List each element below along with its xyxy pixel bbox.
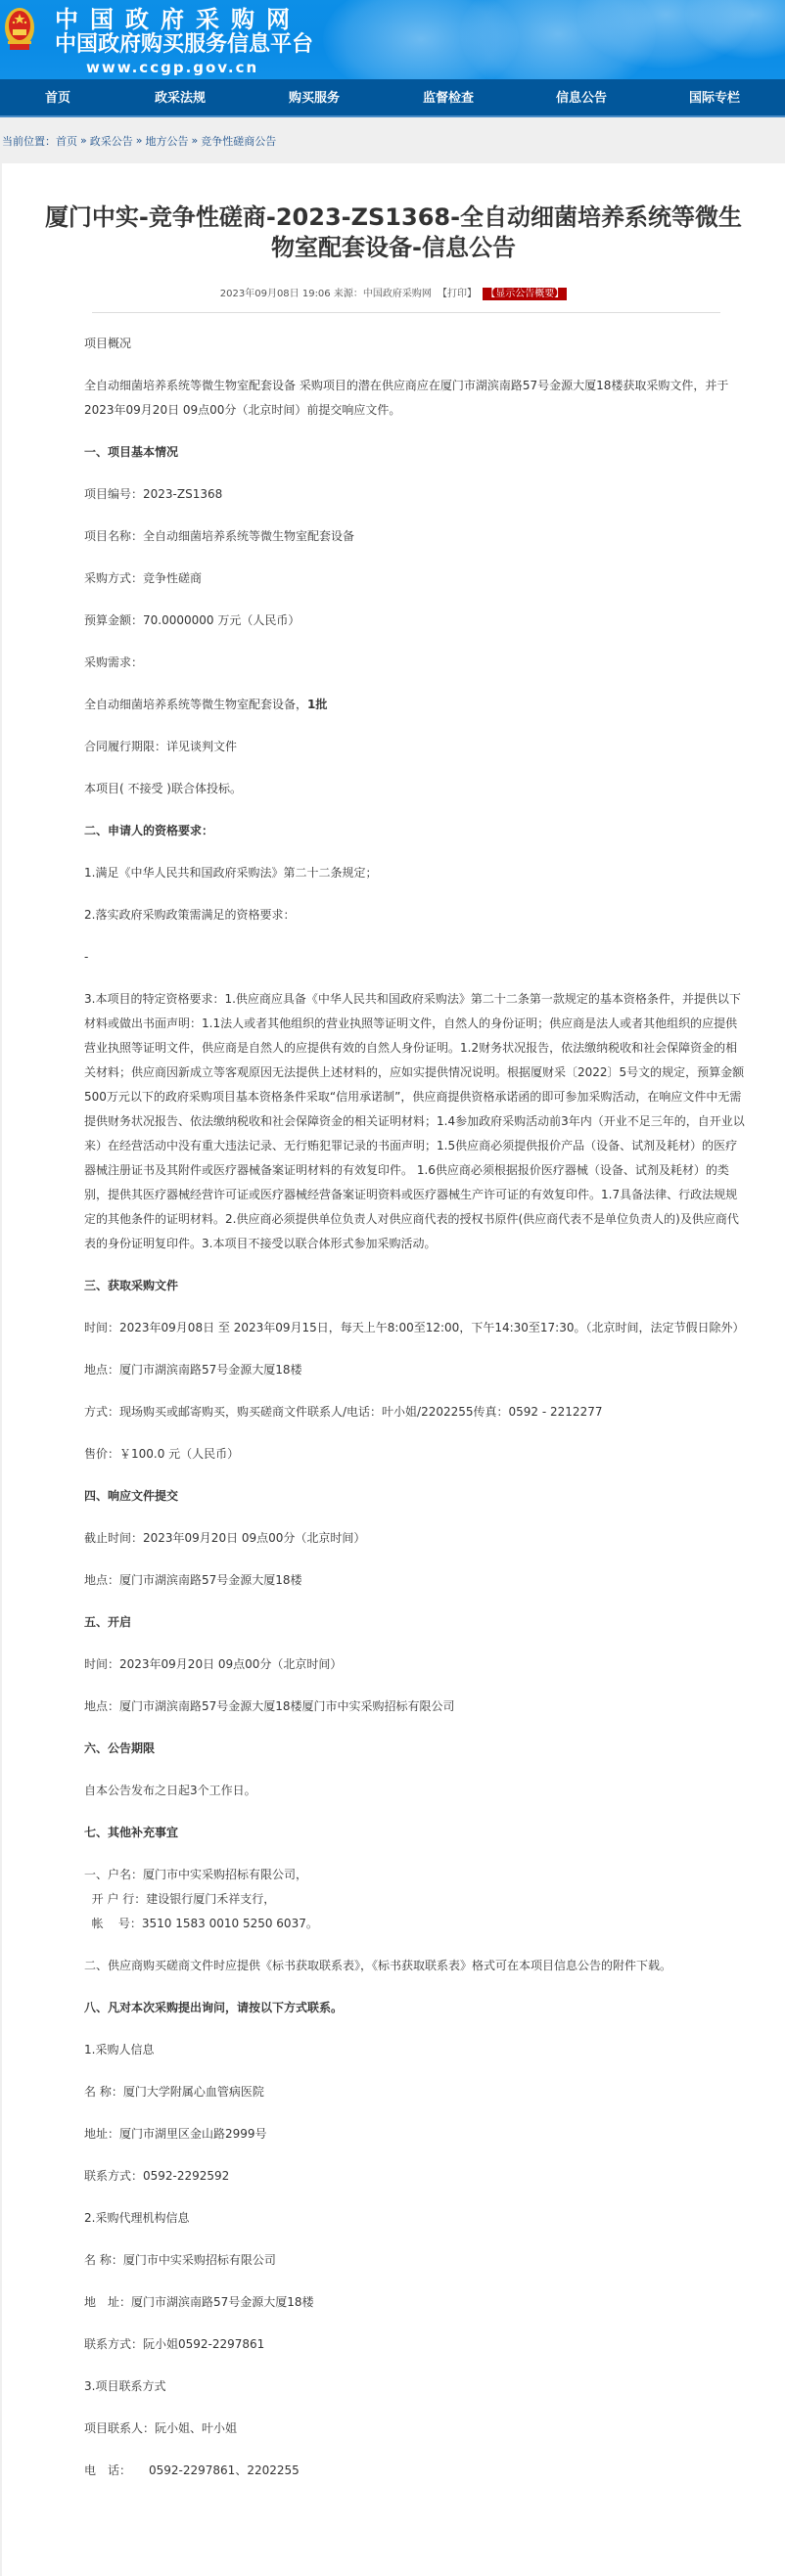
site-subtitle: 中国政府购买服务信息平台 bbox=[55, 33, 313, 57]
buyer-name: 名 称：厦门大学附属心血管病医院 bbox=[84, 2080, 746, 2104]
site-url: www.ccgp.gov.cn bbox=[86, 57, 313, 78]
submission-deadline: 截止时间：2023年09月20日 09点00分（北京时间） bbox=[84, 1526, 746, 1551]
project-number: 项目编号：2023-ZS1368 bbox=[84, 482, 746, 507]
agency-info-heading: 2.采购代理机构信息 bbox=[84, 2206, 746, 2231]
budget-amount: 预算金额：70.0000000 万元（人民币） bbox=[84, 609, 746, 633]
main-nav: 首页 政采法规 购买服务 监督检查 信息公告 国际专栏 bbox=[0, 79, 785, 117]
source-label: 来源： bbox=[334, 289, 363, 299]
breadcrumb-link-competitive-negotiation[interactable]: 竞争性磋商公告 bbox=[201, 133, 276, 149]
buyer-address: 地址：厦门市湖里区金山路2999号 bbox=[84, 2122, 746, 2147]
article-meta: 2023年09月08日 19:06 来源：中国政府采购网 【打印】 【显示公告概… bbox=[2, 285, 785, 299]
breadcrumb-separator: » bbox=[191, 134, 198, 147]
project-contacts: 项目联系人：阮小姐、叶小姐 bbox=[84, 2417, 746, 2441]
account-number: 帐 号：3510 1583 0010 5250 6037。 bbox=[84, 1912, 746, 1936]
overview-heading: 项目概况 bbox=[84, 332, 746, 356]
show-summary-button[interactable]: 【显示公告概要】 bbox=[483, 288, 567, 300]
nav-item-supervision[interactable]: 监督检查 bbox=[423, 79, 474, 117]
breadcrumb-link-procurement-announcements[interactable]: 政采公告 bbox=[90, 133, 133, 149]
section-8-heading: 八、凡对本次采购提出询问，请按以下方式联系。 bbox=[84, 1996, 746, 2020]
site-name: 中国政府采购网 bbox=[55, 6, 313, 33]
requirement-1: 1.满足《中华人民共和国政府采购法》第二十二条规定； bbox=[84, 861, 746, 885]
national-emblem-icon bbox=[4, 6, 35, 55]
project-name: 项目名称：全自动细菌培养系统等微生物室配套设备 bbox=[84, 524, 746, 549]
section-2-heading: 二、申请人的资格要求： bbox=[84, 819, 746, 843]
agency-address: 地 址：厦门市湖滨南路57号金源大厦18楼 bbox=[84, 2290, 746, 2315]
nav-item-home[interactable]: 首页 bbox=[45, 79, 70, 117]
nav-item-international[interactable]: 国际专栏 bbox=[689, 79, 740, 117]
project-phone: 电 话： 0592-2297861、2202255 bbox=[84, 2459, 746, 2483]
nav-item-purchase-services[interactable]: 购买服务 bbox=[289, 79, 340, 117]
project-contact-heading: 3.项目联系方式 bbox=[84, 2374, 746, 2399]
document-price: 售价：￥100.0 元（人民币） bbox=[84, 1442, 746, 1467]
account-name: 一、户名：厦门市中实采购招标有限公司， bbox=[84, 1863, 746, 1887]
print-link[interactable]: 【打印】 bbox=[438, 289, 477, 299]
breadcrumb-link-local-announcements[interactable]: 地方公告 bbox=[145, 133, 188, 149]
article-body: 项目概况 全自动细菌培养系统等微生物室配套设备 采购项目的潜在供应商应在厦门市湖… bbox=[2, 313, 785, 2483]
agency-contact: 联系方式：阮小姐0592-2297861 bbox=[84, 2332, 746, 2357]
article-panel: 厦门中实-竞争性磋商-2023-ZS1368-全自动细菌培养系统等微生物室配套设… bbox=[2, 163, 785, 2576]
site-header-banner: 中国政府采购网 中国政府购买服务信息平台 www.ccgp.gov.cn bbox=[0, 0, 785, 79]
section-5-heading: 五、开启 bbox=[84, 1610, 746, 1635]
procurement-method: 采购方式：竞争性磋商 bbox=[84, 566, 746, 591]
document-obtain-method: 方式：现场购买或邮寄购买，购买磋商文件联系人/电话：叶小姐/2202255传真：… bbox=[84, 1400, 746, 1424]
requirement-2-value: - bbox=[84, 945, 746, 970]
breadcrumb-separator: » bbox=[136, 134, 143, 147]
demand-item: 全自动细菌培养系统等微生物室配套设备，1批 bbox=[84, 693, 746, 717]
announcement-period: 自本公告发布之日起3个工作日。 bbox=[84, 1779, 746, 1803]
site-logo[interactable]: 中国政府采购网 中国政府购买服务信息平台 www.ccgp.gov.cn bbox=[55, 6, 313, 78]
requirement-3: 3.本项目的特定资格要求：1.供应商应具备《中华人民共和国政府采购法》第二十二条… bbox=[84, 987, 746, 1256]
document-obtain-time: 时间：2023年09月08日 至 2023年09月15日，每天上午8:00至12… bbox=[84, 1316, 746, 1340]
section-3-heading: 三、获取采购文件 bbox=[84, 1274, 746, 1298]
breadcrumb-link-home[interactable]: 首页 bbox=[56, 133, 77, 149]
breadcrumb: 当前位置： 首页 » 政采公告 » 地方公告 » 竞争性磋商公告 bbox=[0, 117, 785, 163]
consortium-note: 本项目( 不接受 )联合体投标。 bbox=[84, 777, 746, 801]
supplementary-note-2: 二、供应商购买磋商文件时应提供《标书获取联系表》，《标书获取联系表》格式可在本项… bbox=[84, 1954, 746, 1978]
article-title: 厦门中实-竞争性磋商-2023-ZS1368-全自动细菌培养系统等微生物室配套设… bbox=[41, 203, 746, 263]
section-7-heading: 七、其他补充事宜 bbox=[84, 1821, 746, 1845]
submission-place: 地点：厦门市湖滨南路57号金源大厦18楼 bbox=[84, 1568, 746, 1593]
overview-text: 全自动细菌培养系统等微生物室配套设备 采购项目的潜在供应商应在厦门市湖滨南路57… bbox=[84, 374, 746, 423]
demand-quantity: 1批 bbox=[307, 698, 327, 711]
account-bank: 开 户 行：建设银行厦门禾祥支行， bbox=[84, 1887, 746, 1912]
requirement-2: 2.落实政府采购政策需满足的资格要求： bbox=[84, 903, 746, 927]
section-1-heading: 一、项目基本情况 bbox=[84, 440, 746, 465]
contract-period: 合同履行期限：详见谈判文件 bbox=[84, 735, 746, 759]
section-4-heading: 四、响应文件提交 bbox=[84, 1484, 746, 1509]
section-6-heading: 六、公告期限 bbox=[84, 1737, 746, 1761]
nav-item-policies[interactable]: 政采法规 bbox=[155, 79, 206, 117]
demand-label: 采购需求： bbox=[84, 651, 746, 675]
breadcrumb-prefix: 当前位置： bbox=[2, 133, 56, 149]
publish-datetime: 2023年09月08日 19:06 bbox=[220, 289, 331, 299]
opening-place: 地点：厦门市湖滨南路57号金源大厦18楼厦门市中实采购招标有限公司 bbox=[84, 1695, 746, 1719]
document-obtain-place: 地点：厦门市湖滨南路57号金源大厦18楼 bbox=[84, 1358, 746, 1382]
buyer-contact: 联系方式：0592-2292592 bbox=[84, 2164, 746, 2189]
buyer-info-heading: 1.采购人信息 bbox=[84, 2038, 746, 2062]
agency-name: 名 称：厦门市中实采购招标有限公司 bbox=[84, 2248, 746, 2273]
nav-item-announcements[interactable]: 信息公告 bbox=[556, 79, 607, 117]
demand-item-name: 全自动细菌培养系统等微生物室配套设备， bbox=[84, 698, 307, 711]
opening-time: 时间：2023年09月20日 09点00分（北京时间） bbox=[84, 1652, 746, 1677]
source-name: 中国政府采购网 bbox=[363, 289, 432, 299]
breadcrumb-separator: » bbox=[80, 134, 87, 147]
